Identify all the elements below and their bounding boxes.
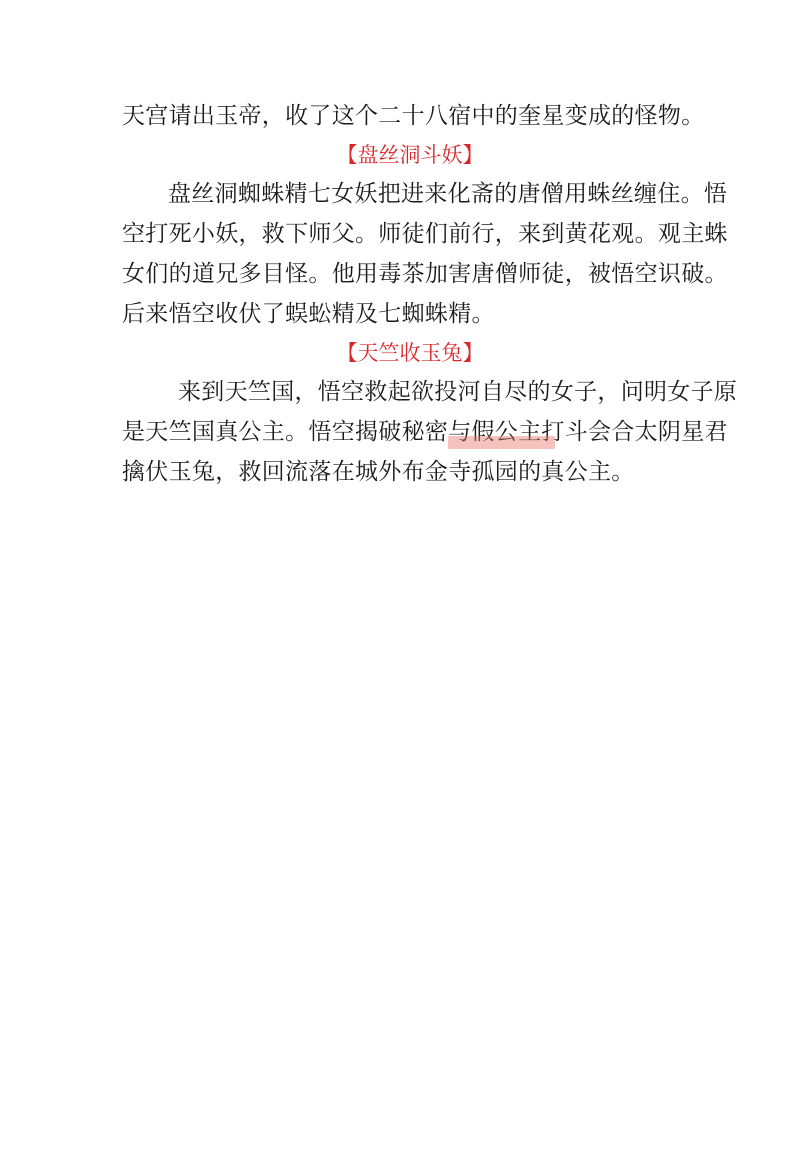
paragraph-line: 后来悟空收伏了蜈蚣精及七蜘蛛精。 bbox=[122, 294, 698, 334]
paragraph-line: 是天竺国真公主。悟空揭破秘密与假公主打斗会合太阴星君 bbox=[122, 412, 698, 452]
document-page: 天宫请出玉帝，收了这个二十八宿中的奎星变成的怪物。 【盘丝洞斗妖】 盘丝洞蜘蛛精… bbox=[122, 96, 698, 492]
paragraph-line: 女们的道兄多目怪。他用毒茶加害唐僧师徒，被悟空识破。 bbox=[122, 254, 698, 294]
text-segment: 是天竺国真公主。悟空揭破秘密 bbox=[122, 419, 448, 445]
paragraph-line: 擒伏玉兔，救回流落在城外布金寺孤园的真公主。 bbox=[122, 452, 698, 492]
intro-line: 天宫请出玉帝，收了这个二十八宿中的奎星变成的怪物。 bbox=[122, 96, 698, 136]
paragraph-line: 盘丝洞蜘蛛精七女妖把进来化斋的唐僧用蛛丝缠住。悟 bbox=[122, 174, 698, 214]
paragraph-pansidong: 盘丝洞蜘蛛精七女妖把进来化斋的唐僧用蛛丝缠住。悟 空打死小妖，救下师父。师徒们前… bbox=[122, 174, 698, 334]
text-segment: 打斗会合太阴星君 bbox=[541, 419, 727, 445]
paragraph-line: 来到天竺国，悟空救起欲投河自尽的女子，问明女子原 bbox=[122, 372, 698, 412]
section-heading-tianzhu: 【天竺收玉兔】 bbox=[122, 334, 698, 372]
watermark-highlight: 与假公主 bbox=[448, 419, 541, 445]
paragraph-tianzhu: 来到天竺国，悟空救起欲投河自尽的女子，问明女子原 是天竺国真公主。悟空揭破秘密与… bbox=[122, 372, 698, 492]
paragraph-line: 空打死小妖，救下师父。师徒们前行，来到黄花观。观主蛛 bbox=[122, 214, 698, 254]
section-heading-pansidong: 【盘丝洞斗妖】 bbox=[122, 136, 698, 174]
